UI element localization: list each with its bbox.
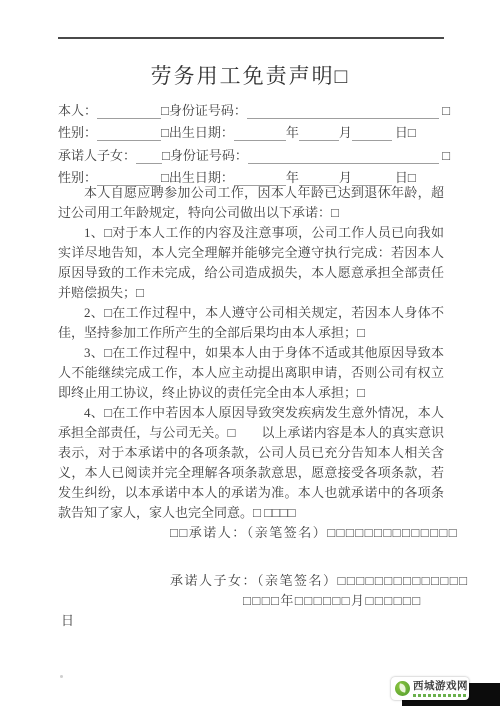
birth-day-blank-1 bbox=[352, 126, 392, 141]
child-signature-line: 承诺人子女：（亲笔签名）□□□□□□□□□□□□□□ bbox=[170, 571, 444, 591]
document-page: 劳务用工免责声明□ 本人： □身份证号码： □ 性别： □出生日期： 年 月 日… bbox=[0, 0, 500, 708]
watermark-badge: 西城游戏网 bbox=[391, 677, 469, 700]
signature-spacer bbox=[58, 543, 444, 571]
watermark-text-block: 西城游戏网 bbox=[413, 681, 468, 697]
year-label-1: 年 bbox=[286, 124, 299, 141]
field-label-id-1: □身份证号码： bbox=[161, 102, 247, 119]
form-line-child: 承诺人子女： □身份证号码： □ bbox=[58, 141, 450, 164]
watermark-site-name: 西城游戏网 bbox=[413, 681, 468, 692]
document-title: 劳务用工免责声明□ bbox=[0, 60, 500, 90]
day-label-1: 日□ bbox=[395, 124, 416, 141]
intro-paragraph: 本人自愿应聘参加公司工作，因本人年龄已达到退休年龄，超过公司用工年龄规定，特向公… bbox=[58, 183, 444, 223]
scan-artifact-speck bbox=[60, 675, 63, 678]
child-id-blank bbox=[248, 149, 439, 164]
field-label-person: 本人： bbox=[58, 102, 97, 119]
field-label-child: 承诺人子女： bbox=[58, 147, 136, 164]
birth-month-blank-1 bbox=[299, 126, 339, 141]
field-label-gender-1: 性别： bbox=[58, 124, 97, 141]
line-end-box: □ bbox=[442, 102, 450, 119]
field-label-id-2: □身份证号码： bbox=[162, 147, 248, 164]
line-end-box-2: □ bbox=[442, 147, 450, 164]
child-name-blank bbox=[136, 149, 162, 164]
header-rule bbox=[58, 37, 444, 39]
identity-form: 本人： □身份证号码： □ 性别： □出生日期： 年 月 日□ 承诺人子女： □… bbox=[58, 96, 450, 186]
month-label-1: 月 bbox=[339, 124, 352, 141]
clause-3: 3、□在工作过程中，如果本人由于身体不适或其他原因导致本人不能继续完成工作，本人… bbox=[58, 343, 444, 403]
day-label: 日 bbox=[61, 611, 444, 631]
watermark-logo-icon bbox=[395, 681, 410, 696]
declaration-body: 本人自愿应聘参加公司工作，因本人年龄已达到退休年龄，超过公司用工年龄规定，特向公… bbox=[58, 183, 444, 631]
person-id-blank bbox=[247, 104, 439, 119]
watermark-tagline-bar bbox=[413, 694, 467, 697]
clause-4: 4、□在工作中若因本人原因导致突发疾病发生意外情况，本人承担全部责任，与公司无关… bbox=[58, 403, 444, 523]
promisor-signature-line: □□承诺人：（亲笔签名）□□□□□□□□□□□□□□ bbox=[170, 523, 444, 543]
gender-blank-1 bbox=[97, 126, 161, 141]
clause-1: 1、□对于本人工作的内容及注意事项，公司工作人员已向我如实详尽地告知，本人完全理… bbox=[58, 223, 444, 303]
person-name-blank bbox=[97, 104, 161, 119]
field-label-birth-1: □出生日期： bbox=[161, 124, 234, 141]
form-line-person: 本人： □身份证号码： □ bbox=[58, 96, 450, 119]
date-line: □□□□年□□□□□□月□□□□□□ bbox=[243, 591, 444, 611]
form-line-gender-1: 性别： □出生日期： 年 月 日□ bbox=[58, 119, 450, 142]
clause-2: 2、□在工作过程中，本人遵守公司相关规定，若因本人身体不佳，坚持参加工作所产生的… bbox=[58, 303, 444, 343]
birth-year-blank-1 bbox=[234, 126, 286, 141]
